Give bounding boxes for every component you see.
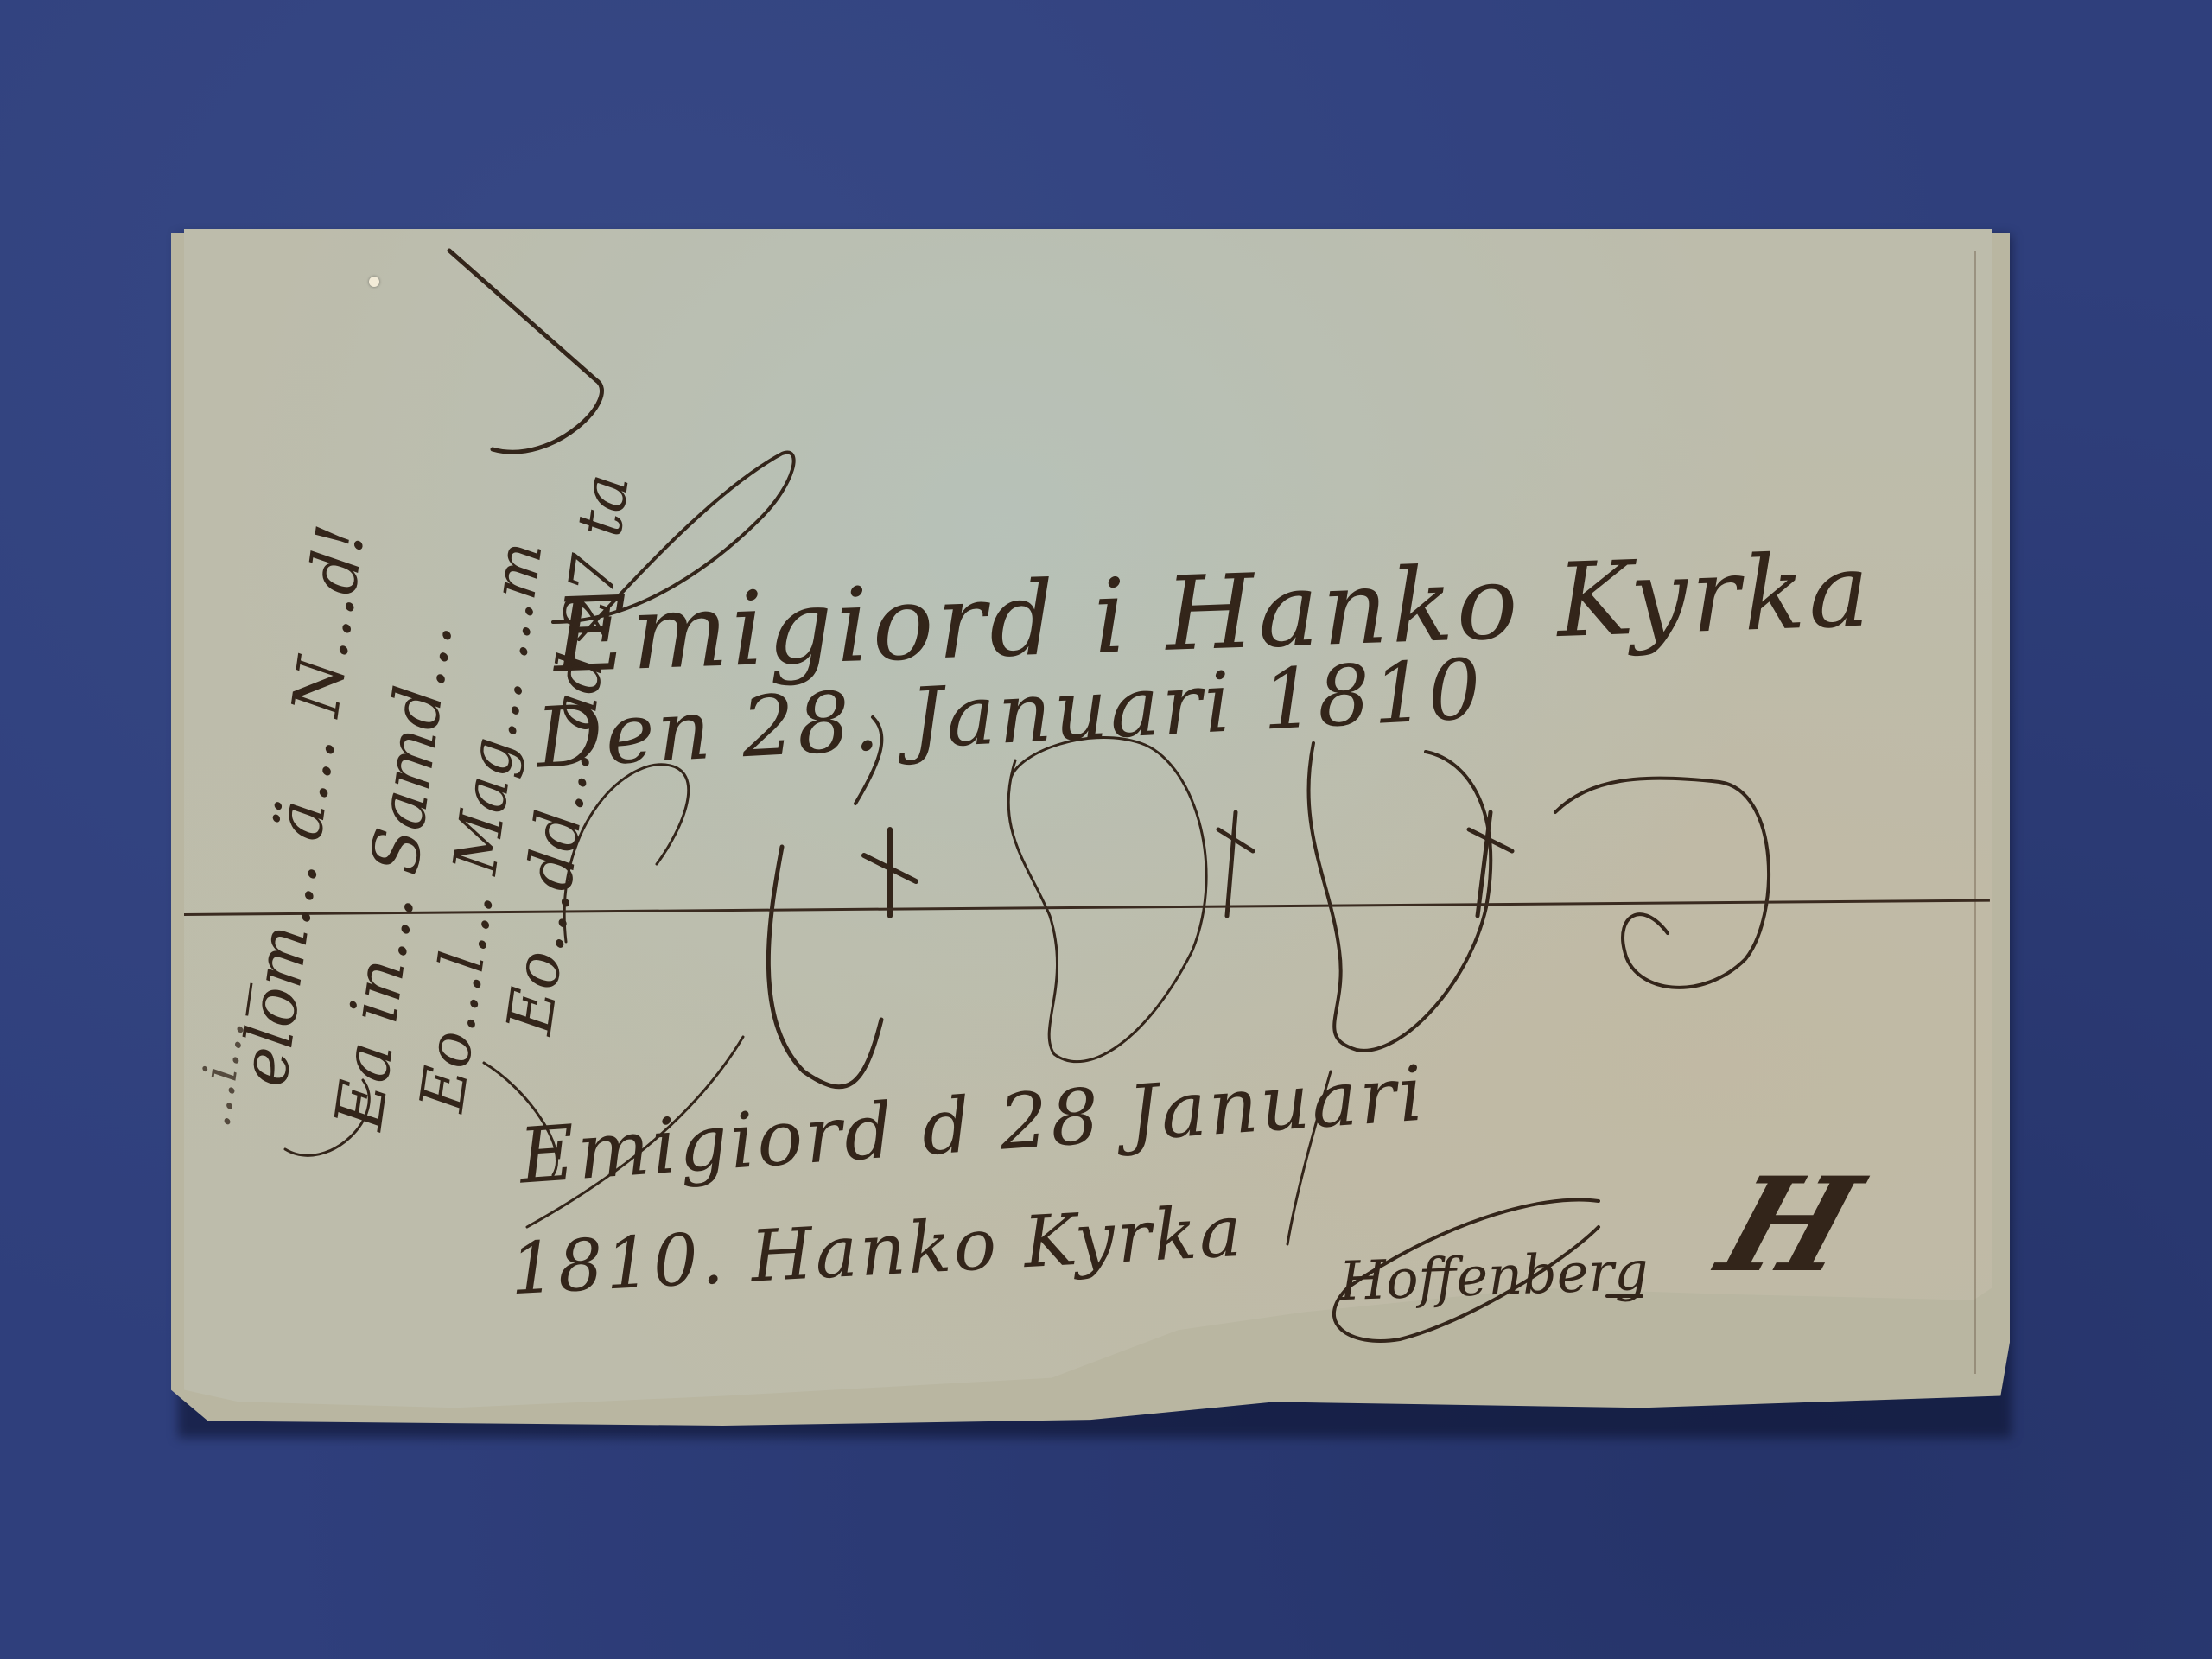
fold-crease	[1974, 251, 1976, 1374]
pin-head	[369, 276, 379, 287]
signature: Hoffenberg	[1338, 1239, 1649, 1313]
